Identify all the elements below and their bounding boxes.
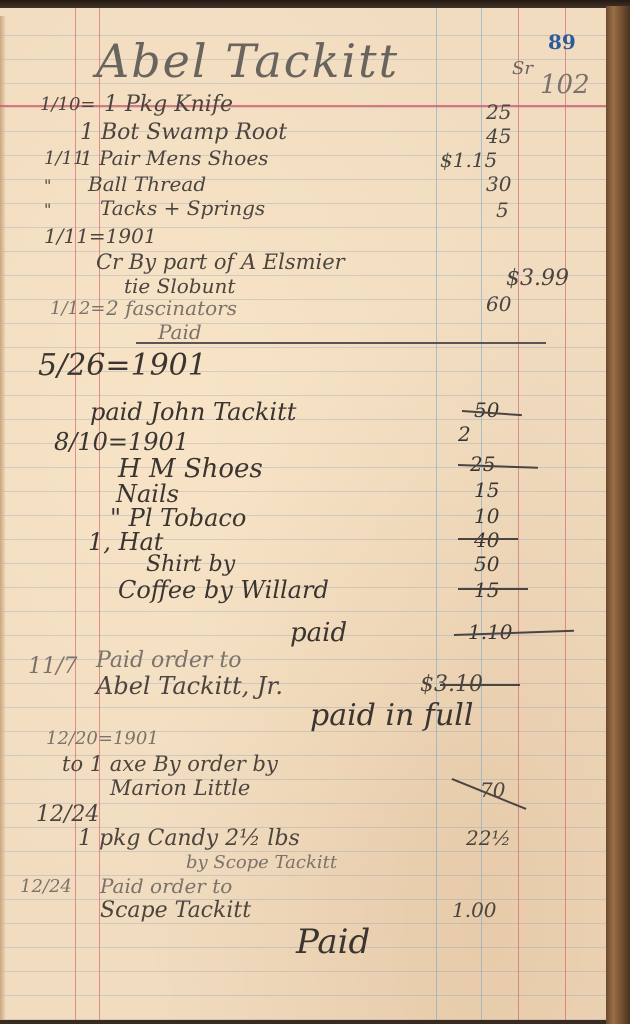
entry-date: 1/12= (50, 298, 106, 319)
paid-mark: Paid (296, 922, 370, 962)
entry-amount: 15 (474, 578, 499, 602)
entry-amount: 30 (486, 172, 511, 196)
entry-description: 2 fascinators (106, 296, 237, 320)
account-suffix: Sr (512, 58, 533, 79)
paid-mark: paid (290, 618, 347, 648)
strikethrough (440, 684, 520, 686)
entry-date: 1/11 (44, 148, 84, 169)
entry-amount: 50 (474, 398, 499, 422)
page-number: 89 (548, 30, 576, 54)
entry-amount: 10 (474, 504, 499, 528)
entry-amount: 50 (474, 552, 499, 576)
entry-description: Coffee by Willard (118, 576, 329, 604)
entry-description: paid John Tackitt (90, 398, 296, 426)
entry-amount: 2 (458, 422, 471, 446)
entry-amount: 1.00 (452, 898, 497, 922)
entry-date: 12/24 (36, 802, 99, 827)
entry-amount: $1.15 (440, 148, 497, 172)
entry-amount: $3.99 (506, 266, 569, 291)
entry-date: 8/10=1901 (54, 428, 189, 456)
page-left-edge (0, 16, 6, 1020)
entry-date: 5/26=1901 (38, 348, 207, 383)
account-ref: 102 (540, 70, 590, 100)
entry-description: Shirt by (146, 552, 235, 577)
column-rule-total-left (518, 8, 519, 1020)
entry-description: tie Slobunt (124, 274, 235, 298)
entry-description: Abel Tackitt, Jr. (96, 672, 283, 700)
entry-description: Ball Thread (88, 172, 206, 196)
entry-description: by Scope Tackitt (186, 852, 337, 873)
entry-description: to 1 axe By order by (62, 752, 278, 776)
ledger-page: 89 Abel Tackitt Sr 102 1/10= 1 Pkg Knife… (0, 8, 608, 1020)
entry-date: " (44, 200, 51, 219)
total-rule (136, 342, 546, 344)
entry-date: 12/24 (20, 876, 72, 897)
strikethrough (458, 538, 518, 540)
entry-amount: 25 (486, 100, 511, 124)
entry-description: 1 Pkg Knife (104, 92, 233, 117)
entry-amount: 60 (486, 292, 511, 316)
entry-amount: 22½ (466, 826, 511, 850)
entry-date: 1/11=1901 (44, 224, 157, 248)
entry-amount: 40 (474, 528, 499, 552)
entry-description: Cr By part of A Elsmier (96, 250, 345, 274)
entry-description: Scape Tackitt (100, 898, 251, 923)
entry-amount: 45 (486, 124, 511, 148)
entry-date: " (44, 176, 51, 195)
column-rule-dollars (436, 8, 437, 1020)
entry-description: Marion Little (110, 776, 250, 800)
entry-description: Paid order to (100, 874, 232, 898)
entry-date: 11/7 (28, 654, 77, 679)
entry-description: 1 pkg Candy 2½ lbs (78, 826, 300, 851)
entry-description: 1 Pair Mens Shoes (80, 146, 268, 170)
entry-date: 12/20=1901 (46, 728, 159, 749)
entry-description: Paid (158, 320, 202, 344)
entry-description: 1 Bot Swamp Root (80, 120, 287, 145)
strikethrough (458, 588, 528, 590)
account-title: Abel Tackitt (96, 34, 399, 88)
entry-amount: 15 (474, 478, 499, 502)
paid-in-full-mark: paid in full (310, 698, 474, 733)
entry-amount: 5 (496, 198, 509, 222)
entry-description: Tacks + Springs (100, 196, 265, 220)
entry-description: Paid order to (96, 648, 242, 673)
column-rule-total-right (565, 8, 566, 1020)
entry-date: 1/10= (40, 94, 96, 115)
book-edge (606, 6, 630, 1024)
